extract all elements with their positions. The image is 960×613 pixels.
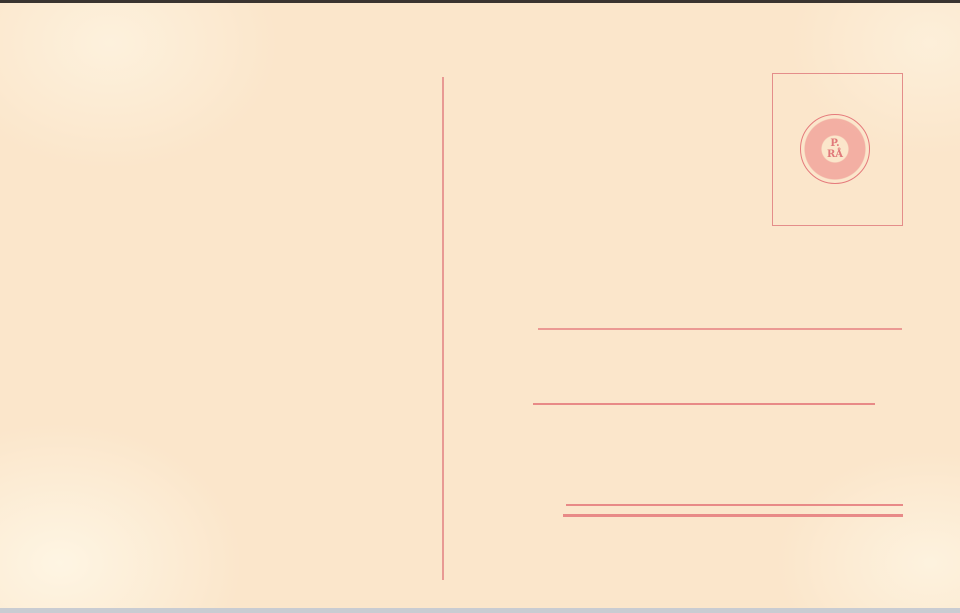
address-line-3 — [566, 504, 903, 506]
seal-text-line1: P. — [830, 138, 839, 149]
message-address-divider — [442, 77, 444, 580]
address-line-1 — [538, 328, 902, 330]
publisher-seal-icon: P. RÅ — [800, 114, 870, 184]
address-line-4 — [563, 514, 903, 517]
address-line-2 — [533, 403, 875, 405]
seal-text-line2: RÅ — [827, 149, 843, 160]
